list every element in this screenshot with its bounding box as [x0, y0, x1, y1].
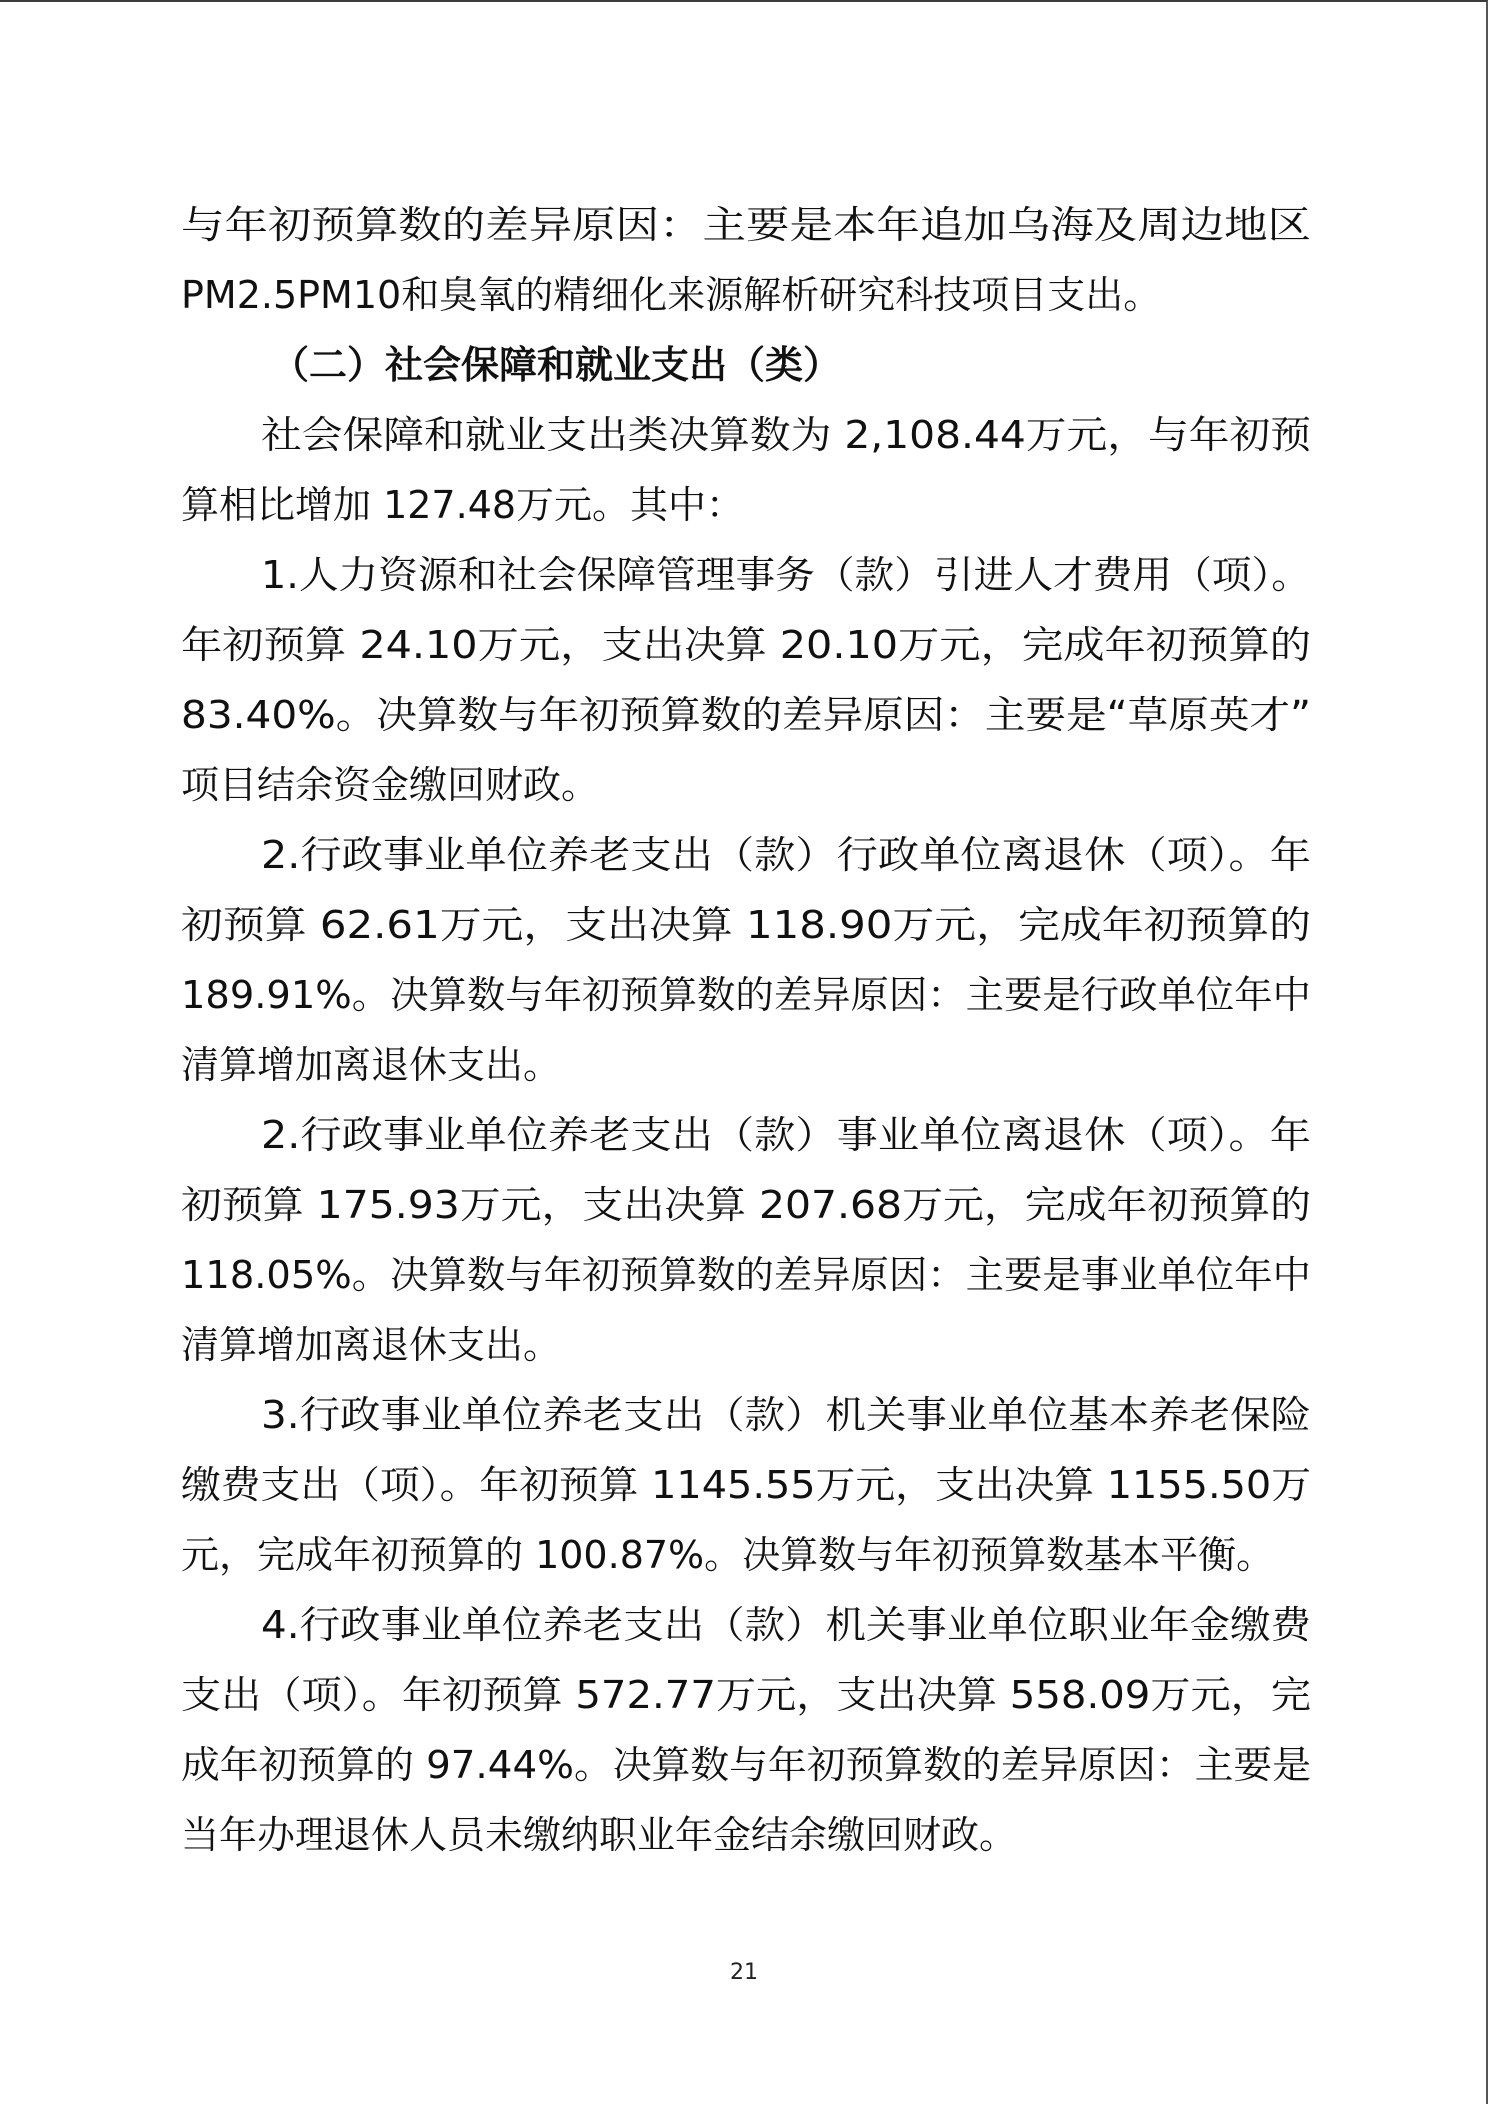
page-number: 21: [0, 1960, 1488, 1985]
text-line: 初预算 175.93万元，支出决算 207.68万元，完成年初预算的: [181, 1170, 1311, 1240]
section-heading: （二）社会保障和就业支出（类）: [181, 330, 1311, 400]
document-body: 与年初预算数的差异原因：主要是本年追加乌海及周边地区 PM2.5PM10和臭氧的…: [181, 190, 1311, 1870]
text-line: 118.05%。决算数与年初预算数的差异原因：主要是事业单位年中: [181, 1240, 1311, 1310]
text-line: 支出（项）。年初预算 572.77万元，支出决算 558.09万元，完: [181, 1660, 1311, 1730]
text-line: 项目结余资金缴回财政。: [181, 750, 1311, 820]
item-2a-title: 2.行政事业单位养老支出（款）行政单位离退休（项）。年: [181, 820, 1311, 890]
item-4-title: 4.行政事业单位养老支出（款）机关事业单位职业年金缴费: [181, 1590, 1311, 1660]
text-line: 83.40%。决算数与年初预算数的差异原因：主要是“草原英才”: [181, 680, 1311, 750]
text-line: 189.91%。决算数与年初预算数的差异原因：主要是行政单位年中: [181, 960, 1311, 1030]
text-line: 清算增加离退休支出。: [181, 1310, 1311, 1380]
text-line: 缴费支出（项）。年初预算 1145.55万元，支出决算 1155.50万: [181, 1450, 1311, 1520]
text-line: 当年办理退休人员未缴纳职业年金结余缴回财政。: [181, 1800, 1311, 1870]
item-3-title: 3.行政事业单位养老支出（款）机关事业单位基本养老保险: [181, 1380, 1311, 1450]
text-line: 清算增加离退休支出。: [181, 1030, 1311, 1100]
text-line: 算相比增加 127.48万元。其中：: [181, 470, 1311, 540]
text-line: 社会保障和就业支出类决算数为 2,108.44万元，与年初预: [181, 400, 1311, 470]
text-line: 年初预算 24.10万元，支出决算 20.10万元，完成年初预算的: [181, 610, 1311, 680]
text-line: 成年初预算的 97.44%。决算数与年初预算数的差异原因：主要是: [181, 1730, 1311, 1800]
text-line: 与年初预算数的差异原因：主要是本年追加乌海及周边地区: [181, 190, 1311, 260]
text-line: 初预算 62.61万元，支出决算 118.90万元，完成年初预算的: [181, 890, 1311, 960]
text-line: 元，完成年初预算的 100.87%。决算数与年初预算数基本平衡。: [181, 1520, 1311, 1590]
item-1-title: 1.人力资源和社会保障管理事务（款）引进人才费用（项）。: [181, 540, 1311, 610]
item-2b-title: 2.行政事业单位养老支出（款）事业单位离退休（项）。年: [181, 1100, 1311, 1170]
text-line: PM2.5PM10和臭氧的精细化来源解析研究科技项目支出。: [181, 260, 1311, 330]
